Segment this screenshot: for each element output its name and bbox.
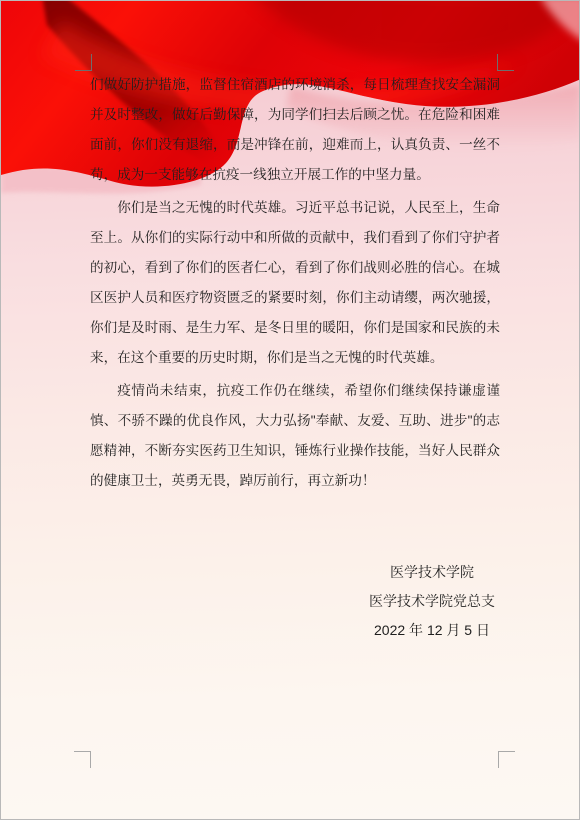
- body-paragraph-1: 们做好防护措施，监督住宿酒店的环境消杀，每日梳理查找安全漏洞并及时整改，做好后勤…: [90, 70, 500, 190]
- body-paragraph-2: 你们是当之无愧的时代英雄。习近平总书记说，人民至上，生命至上。从你们的实际行动中…: [90, 193, 500, 373]
- text-boundary-mark-top-right: [497, 54, 514, 71]
- signature-block: 医学技术学院 医学技术学院党总支 2022 年 12 月 5 日: [301, 558, 563, 645]
- text-boundary-mark-bottom-left: [74, 751, 91, 768]
- signature-org: 医学技术学院: [301, 558, 563, 587]
- text-boundary-mark-top-left: [75, 54, 92, 71]
- signature-date: 2022 年 12 月 5 日: [301, 616, 563, 645]
- body-paragraph-3: 疫情尚未结束，抗疫工作仍在继续，希望你们继续保持谦虚谨慎、不骄不躁的优良作风，大…: [90, 376, 500, 496]
- letter-body: 们做好防护措施，监督住宿酒店的环境消杀，每日梳理查找安全漏洞并及时整改，做好后勤…: [90, 70, 500, 499]
- signature-party-branch: 医学技术学院党总支: [301, 587, 563, 616]
- document-page: 们做好防护措施，监督住宿酒店的环境消杀，每日梳理查找安全漏洞并及时整改，做好后勤…: [0, 0, 580, 820]
- text-boundary-mark-bottom-right: [498, 751, 515, 768]
